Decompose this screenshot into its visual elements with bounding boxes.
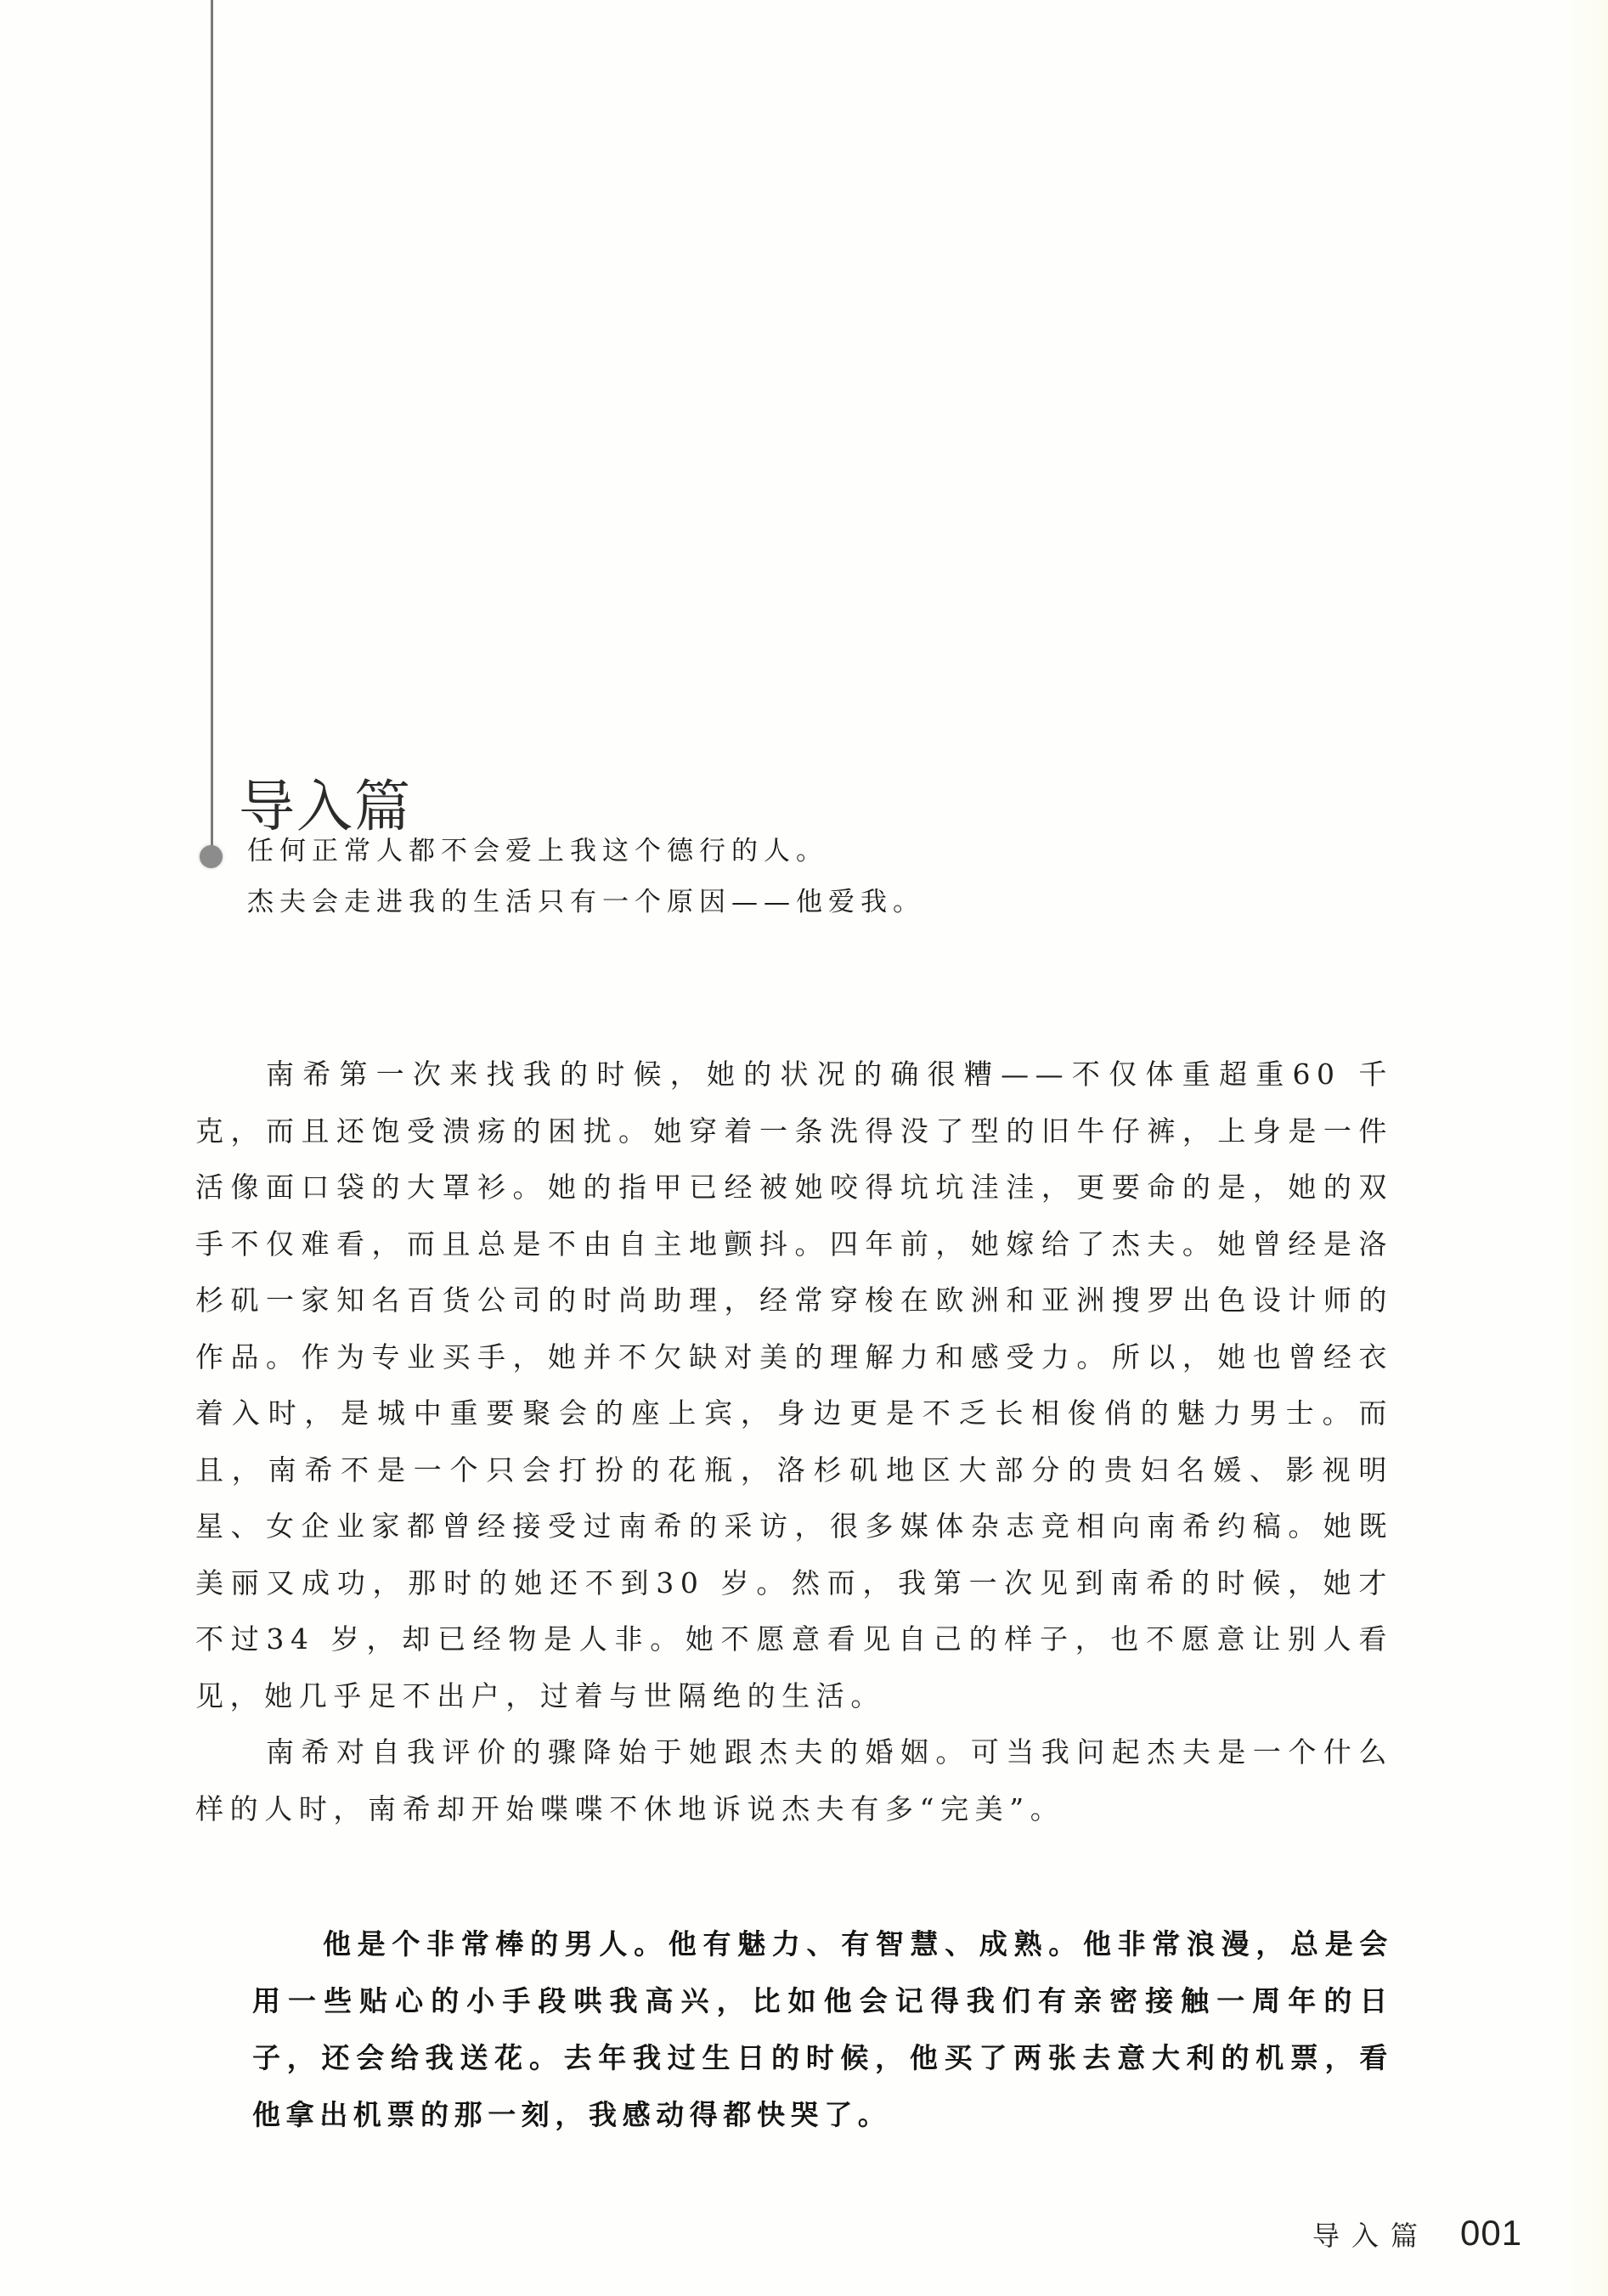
epigraph-line: 任何正常人都不会爱上我这个德行的人。: [247, 826, 1182, 877]
page-edge-shadow: [1557, 0, 1608, 2296]
body-text: 南希第一次来找我的时候，她的状况的确很糟——不仅体重超重60 千克，而且还饱受溃…: [195, 1046, 1393, 1837]
epigraph-line: 杰夫会走进我的生活只有一个原因——他爱我。: [247, 877, 1182, 928]
body-paragraph: 南希第一次来找我的时候，她的状况的确很糟——不仅体重超重60 千克，而且还饱受溃…: [195, 1046, 1393, 1724]
page-footer: 导入篇 001: [1312, 2213, 1522, 2254]
body-paragraph: 南希对自我评价的骤降始于她跟杰夫的婚姻。可当我问起杰夫是一个什么样的人时，南希却…: [195, 1724, 1393, 1837]
chapter-rule-line: [211, 0, 213, 849]
chapter-epigraph: 任何正常人都不会爱上我这个德行的人。 杰夫会走进我的生活只有一个原因——他爱我。: [247, 826, 1182, 928]
chapter-bullet-dot-icon: [200, 845, 223, 868]
quote-paragraph: 他是个非常棒的男人。他有魅力、有智慧、成熟。他非常浪漫，总是会用一些贴心的小手段…: [252, 1915, 1393, 2143]
block-quote: 他是个非常棒的男人。他有魅力、有智慧、成熟。他非常浪漫，总是会用一些贴心的小手段…: [252, 1915, 1393, 2143]
running-footer-section: 导入篇: [1312, 2214, 1430, 2254]
page-number: 001: [1460, 2213, 1522, 2254]
